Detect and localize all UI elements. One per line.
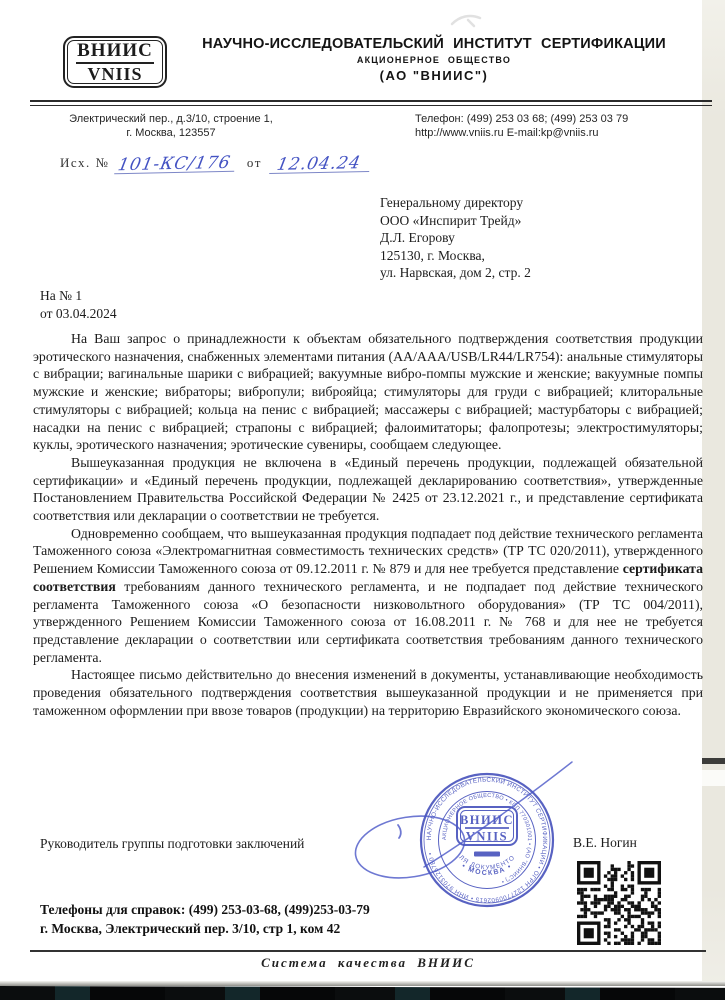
paragraph-3: Одновременно сообщаем, что вышеуказанная… [33, 525, 703, 667]
scan-page-edge [0, 981, 725, 986]
organization-name: НАУЧНО-ИССЛЕДОВАТЕЛЬСКИЙ ИНСТИТУТ СЕРТИФ… [178, 36, 690, 52]
reference-phones-block: Телефоны для справок: (499) 253-03-68, (… [40, 900, 370, 938]
recipient-line: 125130, г. Москва, [380, 247, 531, 265]
sender-address: Электрический пер., д.3/10, строение 1, … [36, 112, 306, 140]
paragraph-2: Вышеуказанная продукция не включена в «Е… [33, 454, 703, 525]
footer-divider-rule [30, 950, 706, 952]
recipient-line: ул. Нарвская, дом 2, стр. 2 [380, 264, 531, 282]
outgoing-ref-date-label: от [247, 155, 262, 170]
qr-code-image [577, 861, 661, 945]
signature-flourish-ellipse [351, 809, 469, 885]
outgoing-ref-number-field: 101-КС/176 [114, 151, 234, 175]
vniis-logo: ВНИИС VNIIS [63, 36, 167, 88]
paragraph-4: Настоящее письмо действительно до внесен… [33, 666, 703, 719]
letter-page: ВНИИС VNIIS НАУЧНО-ИССЛЕДОВАТЕЛЬСКИЙ ИНС… [0, 0, 725, 1000]
organization-title-block: НАУЧНО-ИССЛЕДОВАТЕЛЬСКИЙ ИНСТИТУТ СЕРТИФ… [178, 36, 690, 83]
letter-body: На Ваш запрос о принадлежности к объекта… [33, 330, 703, 719]
paragraph-3-start: Одновременно сообщаем, что вышеуказанная… [33, 526, 703, 576]
incoming-ref-date: от 03.04.2024 [40, 305, 117, 323]
organization-short-name: (АО "ВНИИС") [178, 68, 690, 83]
header-divider-rule [30, 100, 712, 106]
incoming-ref-number: На № 1 [40, 287, 117, 305]
logo-text-ru: ВНИИС [77, 41, 153, 61]
outgoing-reference-line: Исх. № 101-КС/176 от 12.04.24 [60, 152, 369, 173]
recipient-line: ООО «Инспирит Трейд» [380, 212, 531, 230]
sender-address-line1: Электрический пер., д.3/10, строение 1, [36, 112, 306, 126]
scan-artifact-gap [702, 770, 725, 786]
recipient-line: Д.Л. Егорову [380, 229, 531, 247]
scan-bottom-band [0, 986, 725, 1000]
signature-stroke [424, 762, 572, 867]
qr-code [577, 861, 661, 945]
recipient-block: Генеральному директору ООО «Инспирит Тре… [380, 194, 531, 282]
signatory-position: Руководитель группы подготовки заключени… [40, 836, 304, 852]
signature-tick [398, 825, 401, 838]
sender-web-email: http://www.vniis.ru E-mail:kp@vniis.ru [415, 126, 705, 140]
sender-contacts: Телефон: (499) 253 03 68; (499) 253 03 7… [415, 112, 705, 140]
scan-background-right [702, 0, 725, 986]
outgoing-ref-date-field: 12.04.24 [268, 151, 368, 174]
handwritten-ref-date: 12.04.24 [275, 153, 363, 175]
quality-system-label: Система качества ВНИИС [30, 955, 706, 971]
scan-smudge [448, 8, 484, 32]
sender-phone: Телефон: (499) 253 03 68; (499) 253 03 7… [415, 112, 705, 126]
scan-artifact-mark [702, 758, 725, 764]
vniis-logo-inner: ВНИИС VNIIS [67, 40, 163, 84]
reference-address: г. Москва, Электрический пер. 3/10, стр … [40, 919, 370, 938]
handwritten-ref-number: 101-КС/176 [116, 153, 232, 175]
paragraph-1: На Ваш запрос о принадлежности к объекта… [33, 330, 703, 454]
reference-phones: Телефоны для справок: (499) 253-03-68, (… [40, 900, 370, 919]
organization-type: АКЦИОНЕРНОЕ ОБЩЕСТВО [178, 55, 690, 65]
outgoing-ref-label: Исх. № [60, 155, 109, 170]
recipient-line: Генеральному директору [380, 194, 531, 212]
incoming-reference-block: На № 1 от 03.04.2024 [40, 287, 117, 322]
paragraph-3-end: требованиям данного технического регламе… [33, 579, 703, 665]
sender-address-line2: г. Москва, 123557 [36, 126, 306, 140]
logo-text-en: VNIIS [87, 65, 142, 84]
